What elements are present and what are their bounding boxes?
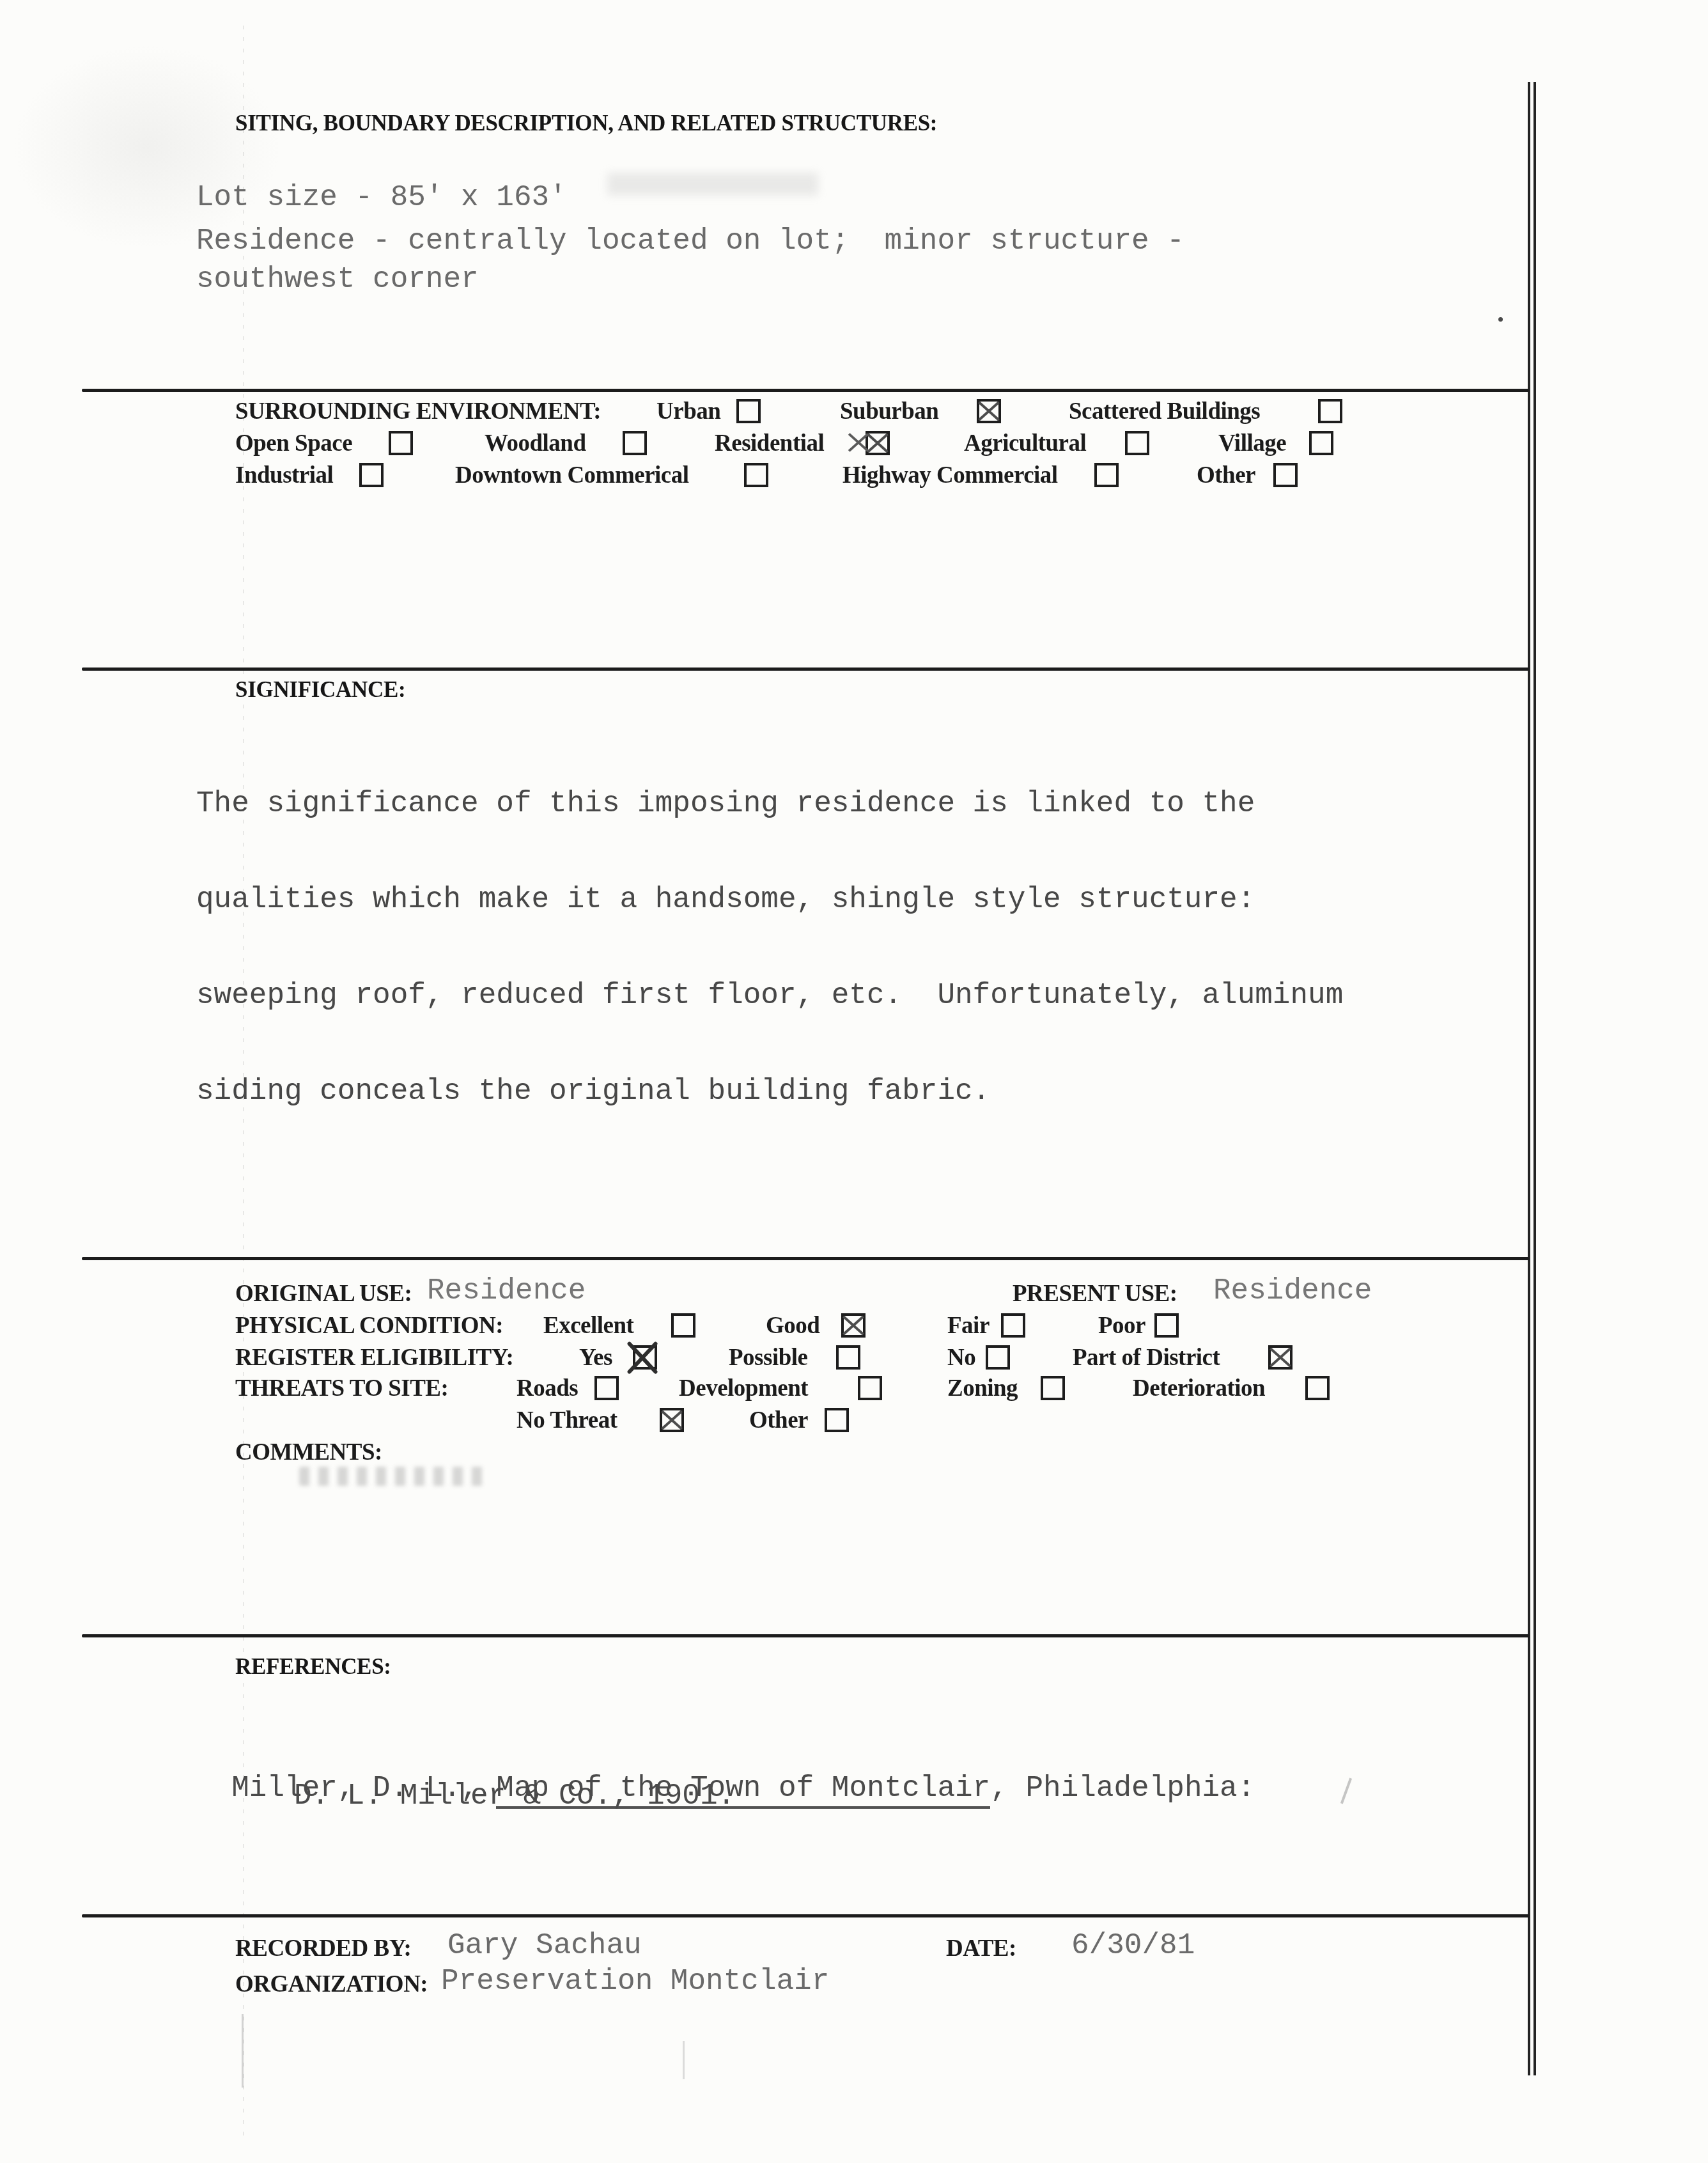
checkbox-village[interactable] [1309, 431, 1333, 455]
checkbox-part-of-district[interactable] [1268, 1345, 1293, 1370]
register-eligibility-label: REGISTER ELIGIBILITY: [235, 1344, 513, 1372]
recorded-by-value: Gary Sachau [447, 1930, 642, 1962]
section-rule-4 [82, 1634, 1529, 1637]
x-mark-icon [635, 1348, 655, 1367]
environment-row-3: Industrial Downtown Commerical Highway C… [0, 462, 1708, 495]
organization-row: ORGANIZATION: Preservation Montclair [0, 1971, 1708, 2004]
x-mark-icon [844, 1316, 863, 1335]
scan-texture-blob [13, 45, 281, 249]
checkbox-woodland[interactable] [623, 431, 647, 455]
crease-mark-bottom-center [683, 2041, 685, 2079]
checkbox-open-space[interactable] [389, 431, 413, 455]
checkbox-urban[interactable] [736, 399, 761, 423]
x-mark-icon [979, 402, 998, 421]
checkbox-env-other[interactable] [1273, 463, 1298, 487]
organization-value: Preservation Montclair [441, 1965, 829, 1997]
checkbox-deterioration[interactable] [1305, 1376, 1330, 1400]
checkbox-agricultural[interactable] [1125, 431, 1149, 455]
original-use-value: Residence [427, 1275, 586, 1307]
downtown-commercial-label: Downtown Commerical [455, 462, 689, 490]
threats-row-1: THREATS TO SITE: Roads Development Zonin… [0, 1375, 1708, 1408]
checkbox-no-threat[interactable] [660, 1408, 684, 1432]
present-use-value: Residence [1213, 1275, 1372, 1307]
present-use-label: PRESENT USE: [1013, 1280, 1177, 1308]
threat-other-label: Other [749, 1407, 808, 1435]
woodland-label: Woodland [485, 430, 586, 458]
threats-row-2: No Threat Other [0, 1407, 1708, 1440]
open-space-label: Open Space [235, 430, 352, 458]
residence-location-line2: southwest corner [196, 263, 479, 295]
checkbox-highway-commercial[interactable] [1094, 463, 1119, 487]
suburban-label: Suburban [840, 398, 938, 426]
section-rule-2 [82, 668, 1529, 671]
roads-label: Roads [516, 1375, 578, 1403]
checkbox-possible[interactable] [836, 1345, 860, 1370]
environment-row-2: Open Space Woodland Residential Agricult… [0, 430, 1708, 463]
extra-x-mark-icon [849, 433, 868, 452]
section-rule-3 [82, 1257, 1529, 1260]
physical-condition-row: PHYSICAL CONDITION: Excellent Good Fair … [0, 1312, 1708, 1345]
agricultural-label: Agricultural [964, 430, 1086, 458]
register-eligibility-row: REGISTER ELIGIBILITY: Yes Possible No Pa… [0, 1344, 1708, 1377]
village-label: Village [1218, 430, 1286, 458]
poor-label: Poor [1098, 1312, 1145, 1340]
checkbox-poor[interactable] [1154, 1313, 1179, 1338]
checkbox-good[interactable] [841, 1313, 866, 1338]
environment-section-title: SURROUNDING ENVIRONMENT: [235, 398, 601, 426]
deterioration-label: Deterioration [1133, 1375, 1265, 1403]
checkbox-excellent[interactable] [671, 1313, 695, 1338]
date-value: 6/30/81 [1071, 1930, 1195, 1962]
checkbox-downtown-commercial[interactable] [744, 463, 768, 487]
pencil-tick-mark [1340, 1778, 1352, 1804]
no-threat-label: No Threat [516, 1407, 617, 1435]
significance-line-1: The significance of this imposing reside… [196, 788, 1343, 820]
siting-section-title: SITING, BOUNDARY DESCRIPTION, AND RELATE… [235, 110, 937, 137]
part-of-district-label: Part of District [1073, 1344, 1220, 1372]
ink-speck [1498, 317, 1503, 322]
env-other-label: Other [1197, 462, 1255, 490]
scattered-buildings-label: Scattered Buildings [1069, 398, 1260, 426]
good-label: Good [766, 1312, 819, 1340]
references-section-title: REFERENCES: [235, 1653, 391, 1680]
checkbox-fair[interactable] [1001, 1313, 1025, 1338]
environment-row-1: SURROUNDING ENVIRONMENT: Urban Suburban … [0, 398, 1708, 431]
use-row: ORIGINAL USE: Residence PRESENT USE: Res… [0, 1280, 1708, 1313]
checkbox-scattered-buildings[interactable] [1318, 399, 1342, 423]
lot-size-value: Lot size - 85' x 163' [196, 182, 567, 214]
checkbox-residential[interactable] [866, 431, 890, 455]
development-label: Development [679, 1375, 808, 1403]
no-label: No [947, 1344, 975, 1372]
significance-section-title: SIGNIFICANCE: [235, 676, 405, 703]
reference-publisher-intro: , Philadelphia: [990, 1772, 1255, 1805]
date-label: DATE: [946, 1935, 1016, 1963]
ghost-typing-smudge [607, 173, 818, 196]
checkbox-suburban[interactable] [977, 399, 1001, 423]
physical-condition-label: PHYSICAL CONDITION: [235, 1312, 503, 1340]
right-margin-double-line [1528, 82, 1536, 2075]
significance-paragraph: The significance of this imposing reside… [196, 724, 1343, 1139]
significance-line-2: qualities which make it a handsome, shin… [196, 884, 1343, 916]
recorded-by-row: RECORDED BY: Gary Sachau DATE: 6/30/81 [0, 1935, 1708, 1968]
checkbox-roads[interactable] [594, 1376, 619, 1400]
zoning-label: Zoning [947, 1375, 1018, 1403]
highway-commercial-label: Highway Commercial [842, 462, 1058, 490]
checkbox-no[interactable] [986, 1345, 1010, 1370]
section-rule-5 [82, 1914, 1529, 1917]
checkbox-industrial[interactable] [359, 463, 384, 487]
possible-label: Possible [729, 1344, 807, 1372]
section-rule-1 [82, 389, 1529, 392]
excellent-label: Excellent [543, 1312, 633, 1340]
crease-mark-bottom-left [242, 2014, 244, 2088]
x-mark-icon [868, 433, 887, 453]
faint-pencil-comment-smudge [299, 1467, 485, 1486]
threats-to-site-label: THREATS TO SITE: [235, 1375, 448, 1403]
yes-label: Yes [579, 1344, 612, 1372]
x-mark-icon [1271, 1348, 1290, 1367]
significance-line-4: siding conceals the original building fa… [196, 1075, 1343, 1107]
checkbox-zoning[interactable] [1041, 1376, 1065, 1400]
urban-label: Urban [656, 398, 720, 426]
organization-label: ORGANIZATION: [235, 1971, 428, 1999]
fair-label: Fair [947, 1312, 990, 1340]
industrial-label: Industrial [235, 462, 333, 490]
residential-label: Residential [715, 430, 824, 458]
recorded-by-label: RECORDED BY: [235, 1935, 411, 1963]
checkbox-development[interactable] [858, 1376, 882, 1400]
checkbox-threat-other[interactable] [825, 1408, 849, 1432]
original-use-label: ORIGINAL USE: [235, 1280, 412, 1308]
checkbox-yes[interactable] [633, 1345, 657, 1370]
comments-label: COMMENTS: [235, 1439, 382, 1467]
reference-line-2: D. L. Miller & Co., 1901. [294, 1780, 735, 1812]
residence-location-line1: Residence - centrally located on lot; mi… [196, 225, 1184, 257]
x-mark-icon [662, 1410, 681, 1430]
significance-line-3: sweeping roof, reduced first floor, etc.… [196, 980, 1343, 1011]
